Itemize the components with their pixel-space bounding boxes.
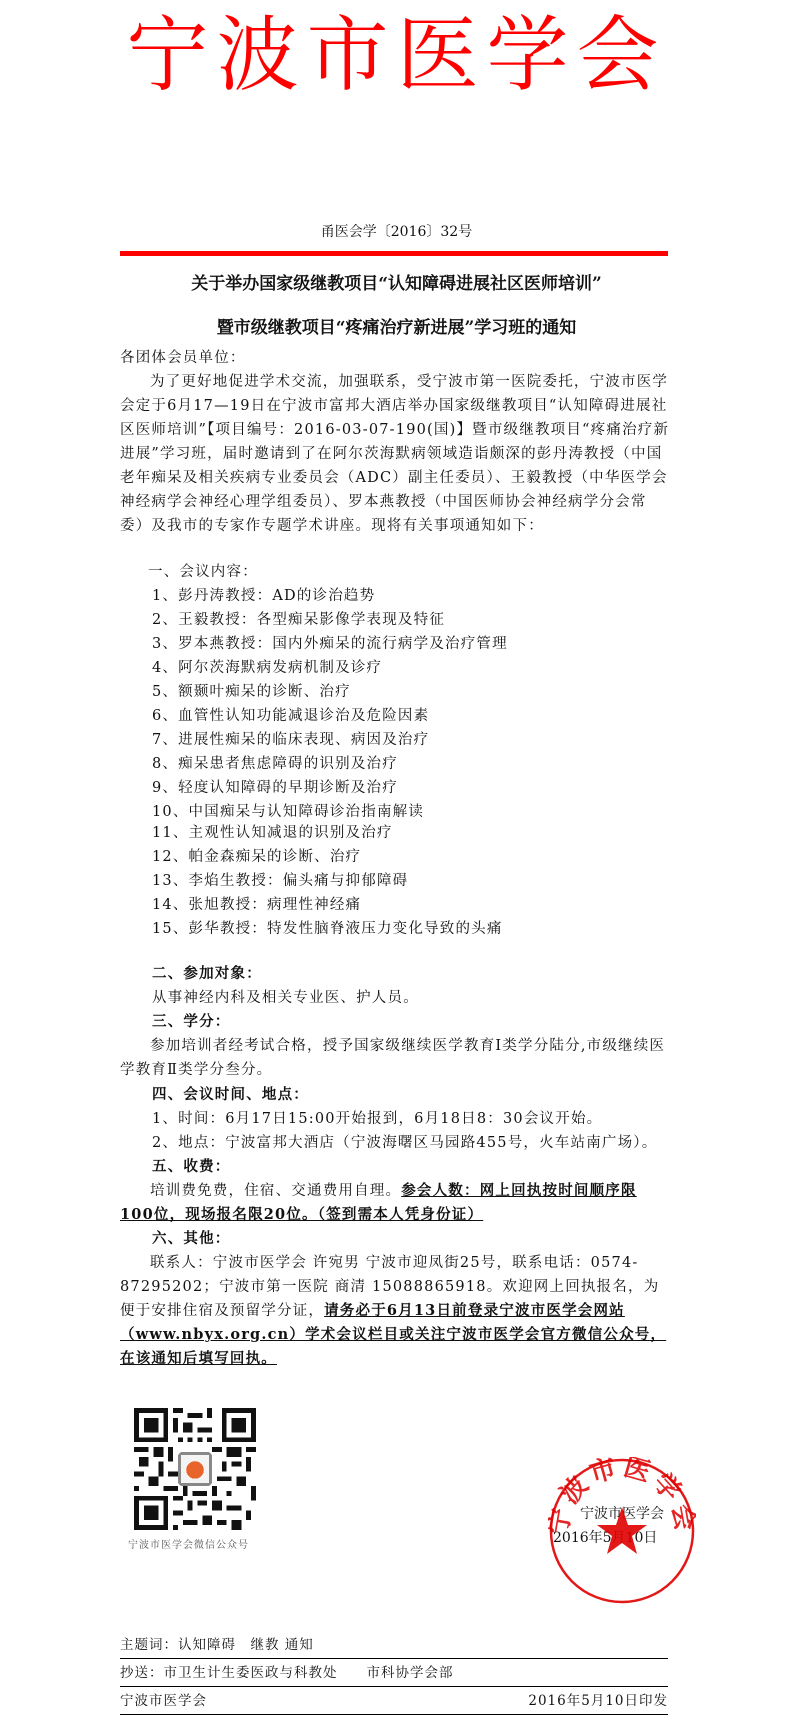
list-item: 15、彭华教授：特发性脑脊液压力变化导致的头痛 — [152, 917, 672, 941]
notice-title-line2: 暨市级继教项目“疼痛治疗新进展”学习班的通知 — [0, 317, 793, 339]
cc-text: 抄送：市卫生计生委医政与科教处 市科协学会部 — [120, 1665, 454, 1681]
seal-icon: 宁波市医学会 — [548, 1457, 696, 1605]
fees-text: 培训费免费，住宿、交通费用自理。参会人数：网上回执按时间顺序限100位，现场报名… — [120, 1179, 670, 1227]
meeting-time: 1、时间：6月17日15:00开始报到，6月18日8：30会议开始。 — [152, 1107, 672, 1131]
body-text: 各团体会员单位： 为了更好地促进学术交流，加强联系，受宁波市第一医院委托，宁波市… — [120, 346, 670, 538]
official-seal: 宁波市医学会 — [548, 1457, 696, 1605]
issuer-text: 宁波市医学会 — [120, 1693, 207, 1709]
list-item: 14、张旭教授：病理性神经痛 — [152, 893, 672, 917]
list-item: 6、血管性认知功能减退诊治及危险因素 — [152, 704, 672, 728]
section-heading-time-place: 四、会议时间、地点： — [152, 1083, 672, 1107]
salutation: 各团体会员单位： — [120, 346, 670, 370]
section-heading-participants: 二、参加对象： — [152, 962, 672, 986]
list-item: 9、轻度认知障碍的早期诊断及治疗 — [152, 776, 672, 800]
fees-plain: 培训费免费，住宿、交通费用自理。 — [150, 1183, 401, 1199]
list-item: 13、李焰生教授：偏头痛与抑郁障碍 — [152, 869, 672, 893]
list-item: 1、彭丹涛教授：AD的诊治趋势 — [152, 584, 672, 608]
participants-text: 从事神经内科及相关专业医、护人员。 — [152, 986, 672, 1010]
section-heading-credits: 三、学分： — [152, 1010, 672, 1034]
footer-keywords: 主题词：认知障碍 继教 通知 — [120, 1634, 668, 1659]
keywords-text: 主题词：认知障碍 继教 通知 — [120, 1637, 314, 1653]
topic-list: 1、彭丹涛教授：AD的诊治趋势 2、王毅教授：各型痴呆影像学表现及特征 3、罗本… — [152, 584, 672, 941]
intro-paragraph: 为了更好地促进学术交流，加强联系，受宁波市第一医院委托，宁波市医学会定于6月17… — [120, 370, 670, 538]
list-item: 3、罗本燕教授：国内外痴呆的流行病学及治疗管理 — [152, 632, 672, 656]
list-item: 2、王毅教授：各型痴呆影像学表现及特征 — [152, 608, 672, 632]
list-item: 5、额颞叶痴呆的诊断、治疗 — [152, 680, 672, 704]
meeting-place: 2、地点：宁波富邦大酒店（宁波海曙区马园路455号，火车站南广场）。 — [152, 1131, 672, 1155]
masthead-title: 宁波市医学会 — [0, 6, 793, 106]
list-item: 10、中国痴呆与认知障碍诊治指南解读 — [152, 800, 672, 821]
list-item: 7、进展性痴呆的临床表现、病因及治疗 — [152, 728, 672, 752]
list-item: 4、阿尔茨海默病发病机制及诊疗 — [152, 656, 672, 680]
document-number: 甬医会学〔2016〕32号 — [0, 223, 793, 241]
credits-text: 参加培训者经考试合格，授予国家级继续医学教育Ⅰ类学分陆分,市级继续医学教育Ⅱ类学… — [120, 1034, 670, 1082]
footer-cc: 抄送：市卫生计生委医政与科教处 市科协学会部 — [120, 1662, 668, 1687]
section-heading-fees: 五、收费： — [152, 1155, 672, 1179]
footer-issuer: 宁波市医学会 2016年5月10日印发 — [120, 1690, 668, 1715]
section-meeting-content: 一、会议内容： — [148, 560, 668, 584]
list-item: 11、主观性认知减退的识别及治疗 — [152, 821, 672, 845]
notice-title-line1: 关于举办国家级继教项目“认知障碍进展社区医师培训” — [0, 273, 793, 295]
qr-code-icon — [134, 1408, 256, 1530]
qr-caption: 宁波市医学会微信公众号 — [128, 1536, 268, 1551]
red-divider — [120, 251, 668, 256]
section-heading: 一、会议内容： — [148, 560, 668, 584]
contact-text: 联系人：宁波市医学会 许宛男 宁波市迎凤街25号，联系电话：0574-87295… — [120, 1251, 670, 1371]
section-heading-other: 六、其他： — [152, 1227, 672, 1251]
wechat-qr-code[interactable] — [134, 1408, 256, 1530]
list-item: 8、痴呆患者焦虑障碍的识别及治疗 — [152, 752, 672, 776]
list-item: 12、帕金森痴呆的诊断、治疗 — [152, 845, 672, 869]
print-date: 2016年5月10日印发 — [528, 1690, 668, 1712]
